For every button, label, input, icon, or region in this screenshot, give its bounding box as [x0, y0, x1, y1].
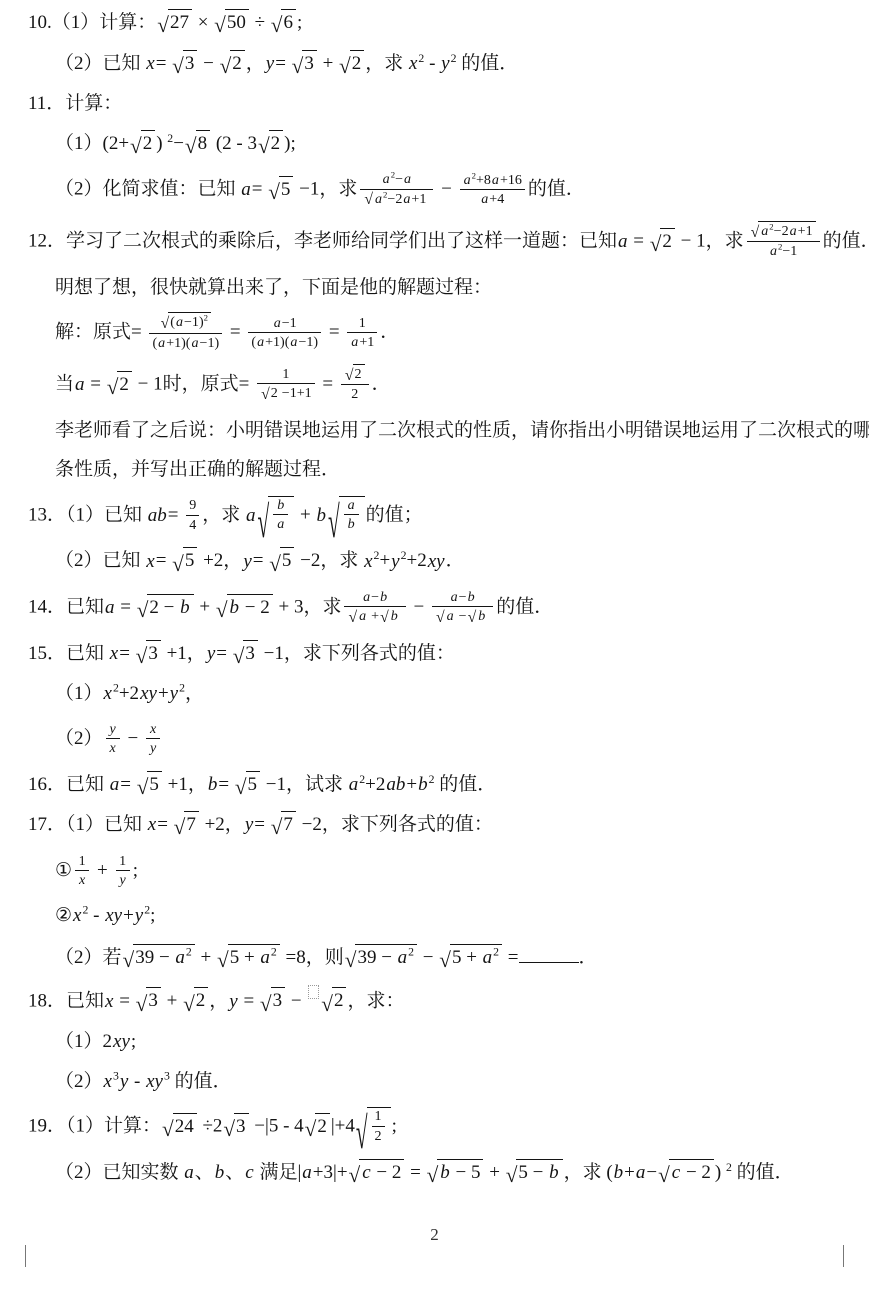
math-variable: b	[477, 608, 486, 624]
problem-11-part-1: （1）(2+√2) 2−√8 (2 - 3√2);	[28, 131, 843, 159]
sqrt-radical: √7	[271, 811, 296, 839]
math-variable: ab	[147, 505, 168, 526]
math-variable: b	[179, 597, 191, 618]
radicand: 2	[230, 50, 245, 78]
sqrt-radical: √5	[269, 547, 294, 575]
radicand: 3	[146, 640, 161, 668]
fraction-numerator: √(a−1)2	[149, 313, 222, 332]
math-superscript: 2	[167, 132, 173, 145]
math-variable: xy	[139, 683, 158, 704]
radicand: 3	[271, 987, 286, 1015]
problem-19-part-2: （2）已知实数 a、b、c 满足|a+3|+√c − 2 = √b − 5 + …	[28, 1160, 843, 1188]
radicand: 24	[173, 1113, 197, 1141]
math-superscript: 2	[82, 904, 88, 917]
math-variable: a	[74, 374, 86, 395]
sqrt-radical: √2	[183, 987, 208, 1015]
fraction-denominator: a+1	[347, 332, 377, 351]
math-variable: x	[104, 991, 114, 1012]
sqrt-radical: √39 − a2	[123, 944, 195, 972]
math-variable: x	[149, 721, 157, 737]
document-body: 10.（1）计算：√27 × √50 ÷ √6;（2）已知 x= √3 − √2…	[0, 0, 869, 1187]
math-superscript: 2	[408, 945, 414, 958]
radicand: 27	[168, 9, 192, 37]
math-superscript: 2	[418, 51, 424, 64]
sqrt-radical: √2	[258, 130, 283, 158]
radicand: 2	[332, 987, 347, 1015]
math-variable: a	[183, 1162, 195, 1183]
math-variable: y	[244, 814, 254, 835]
math-variable: b	[439, 1162, 451, 1183]
radical-sign-icon: √	[258, 465, 270, 546]
math-variable: a	[157, 335, 166, 351]
math-variable: a	[358, 608, 367, 624]
radicand: 5	[246, 771, 261, 799]
sqrt-radical: √b − 2	[216, 594, 273, 622]
sqrt-radical: √2	[339, 50, 364, 78]
radicand: 3	[234, 1113, 249, 1141]
sqrt-radical: √(a−1)2	[161, 312, 211, 331]
fraction-denominator: √2−1+1	[257, 383, 315, 403]
math-variable: b	[229, 597, 241, 618]
fraction: a2+8a+16a+4	[460, 171, 525, 209]
math-variable: b	[417, 774, 429, 795]
math-superscript: 2	[359, 772, 365, 785]
math-variable: c	[671, 1162, 681, 1183]
sqrt-radical: √2	[321, 987, 346, 1015]
math-superscript: 2	[179, 682, 185, 695]
fraction-numerator: a−b	[344, 588, 405, 606]
radicand: a	[444, 606, 458, 625]
fraction-numerator: 9	[186, 496, 199, 514]
problem-17-part-1: 17．（1）已知 x= √7 +2，y= √7 −2，求下列各式的值：	[28, 812, 843, 840]
math-variable: x	[147, 814, 157, 835]
math-variable: a	[245, 505, 257, 526]
sqrt-radical: √2	[305, 1113, 330, 1141]
fraction-numerator: a−b	[432, 588, 493, 606]
radicand: 5	[147, 771, 162, 799]
math-variable: x	[145, 53, 155, 74]
problem-19-part-1: 19．（1）计算：√24 ÷2√3 −|5 - 4√2|+4√12;	[28, 1108, 843, 1147]
math-variable: x	[408, 53, 418, 74]
math-variable: y	[228, 991, 238, 1012]
math-variable: x	[145, 551, 155, 572]
math-variable: a	[769, 243, 778, 259]
math-variable: a	[174, 947, 186, 968]
math-variable: x	[103, 1071, 113, 1092]
fraction-denominator: √a−√b	[432, 606, 493, 626]
sqrt-radical: √b − 5	[427, 1159, 484, 1187]
math-variable: xy	[112, 1031, 131, 1052]
math-variable: x	[103, 683, 113, 704]
problem-18-part-2: （2）x3y - xy3 的值．	[28, 1069, 843, 1096]
radicand: 2	[315, 1113, 330, 1141]
radicand: c − 2	[669, 1159, 714, 1187]
math-superscript: 2	[271, 945, 277, 958]
problem-12-line-6: 条性质，并写出正确的解题过程．	[28, 457, 843, 484]
fraction: 1x	[75, 852, 89, 890]
sqrt-radical: √5	[235, 771, 260, 799]
math-variable: b	[214, 1162, 226, 1183]
sqrt-radical: √a2−2a+1	[364, 189, 429, 208]
math-variable: b	[315, 505, 327, 526]
sqrt-radical: √3	[223, 1113, 248, 1141]
math-variable: y	[149, 740, 157, 756]
math-variable: a	[482, 947, 494, 968]
fraction: a−b√a+√b	[344, 588, 405, 627]
radicand: 3	[243, 640, 258, 668]
math-variable: y	[134, 905, 144, 926]
problem-18-title: 18．已知x = √3 + √2，y = √3 − √2，求：	[28, 985, 843, 1016]
sqrt-radical: √a	[348, 606, 370, 625]
math-variable: y	[206, 643, 216, 664]
radicand: (a−1)2	[168, 312, 211, 331]
sqrt-radical: √3	[172, 50, 197, 78]
sqrt-radical: √24	[162, 1113, 197, 1141]
fraction-numerator: √2	[341, 365, 369, 384]
math-variable: a	[397, 947, 409, 968]
math-superscript: 2	[383, 189, 387, 199]
fraction-numerator: y	[106, 720, 120, 738]
math-variable: a	[760, 223, 769, 239]
sqrt-radical: √50	[214, 9, 249, 37]
missing-glyph-box	[308, 985, 319, 999]
fraction-denominator: √a2−2a+1	[360, 189, 433, 209]
math-variable: b	[347, 516, 356, 532]
sqrt-radical: √b	[468, 606, 490, 625]
math-variable: x	[109, 643, 119, 664]
radicand: 5	[279, 176, 294, 204]
math-superscript: 2	[113, 682, 119, 695]
fraction-numerator: x	[146, 720, 160, 738]
math-variable: y	[242, 551, 252, 572]
fraction-numerator: a−1	[248, 314, 321, 332]
fraction-numerator: √a2−2a+1	[747, 222, 820, 241]
radicand: 2	[660, 228, 675, 256]
fraction: 1y	[116, 852, 130, 890]
problem-13-part-1: 13．（1）已知 ab= 94，求 a√ba + b√ab的值；	[28, 497, 843, 536]
math-variable: b	[613, 1162, 625, 1183]
radicand: 12	[367, 1107, 391, 1146]
fraction: 1√2−1+1	[257, 365, 315, 404]
math-variable: a	[191, 335, 200, 351]
problem-15-part-2: （2）yx − xy	[28, 721, 843, 759]
sqrt-radical: √ba	[258, 496, 295, 535]
radicand: 5 − b	[516, 1159, 562, 1187]
radicand: 5 + a2	[228, 944, 280, 972]
radicand: 39 − a2	[133, 944, 195, 972]
sqrt-radical: √5	[137, 771, 162, 799]
radicand: a2−2a+1	[372, 189, 429, 208]
fraction-denominator: x	[75, 870, 89, 889]
fraction: ab	[344, 496, 359, 534]
math-variable: a	[463, 172, 472, 188]
sqrt-radical: √ab	[328, 496, 365, 535]
sqrt-radical: √2	[650, 228, 675, 256]
fraction-numerator: a	[344, 496, 359, 514]
problem-12-line-1: 12．学习了二次根式的乘除后，李老师给同学们出了这样一道题：已知a = √2 −…	[28, 223, 843, 262]
math-variable: b	[276, 497, 285, 513]
math-superscript: 2	[204, 313, 208, 323]
fraction: √(a−1)2(a+1)(a−1)	[149, 313, 222, 352]
math-superscript: 2	[451, 51, 457, 64]
fraction: √22	[341, 365, 369, 404]
radicand: 2	[353, 364, 365, 383]
fraction-numerator: 1	[372, 1107, 385, 1125]
radicand: b − 2	[227, 594, 273, 622]
fraction-numerator: b	[273, 496, 288, 514]
sqrt-radical: √2	[130, 130, 155, 158]
math-variable: a	[382, 171, 391, 187]
fraction-numerator: 1	[257, 365, 315, 383]
math-superscript: 2	[401, 549, 407, 562]
problem-17-item-2: ②x2 - xy+y2;	[28, 903, 843, 930]
math-variable: xy	[104, 905, 123, 926]
fraction-denominator: 4	[186, 515, 199, 534]
fraction: xy	[146, 720, 160, 758]
fraction-numerator: a2−a	[360, 170, 433, 188]
sqrt-radical: √c − 2	[349, 1159, 405, 1187]
math-variable: c	[244, 1162, 254, 1183]
fraction-denominator: x	[106, 738, 120, 757]
math-superscript: 2	[769, 222, 773, 232]
math-superscript: 2	[186, 945, 192, 958]
radicand: ab	[339, 496, 365, 535]
fraction-denominator: (a+1)(a−1)	[248, 332, 321, 351]
sqrt-radical: √a2−2a+1	[751, 221, 816, 240]
fraction-numerator: 1	[347, 314, 377, 332]
math-variable: a	[301, 1162, 313, 1183]
sqrt-radical: √5	[268, 176, 293, 204]
math-variable: a	[240, 179, 252, 200]
math-superscript: 2	[726, 1161, 732, 1174]
sqrt-radical: √3	[233, 640, 258, 668]
math-variable: a	[450, 589, 459, 605]
radicand: b − 5	[437, 1159, 483, 1187]
math-variable: x	[72, 905, 82, 926]
sqrt-radical: √6	[271, 9, 296, 37]
math-variable: c	[361, 1162, 371, 1183]
math-variable: a	[446, 608, 455, 624]
math-variable: a	[175, 314, 184, 330]
radicand: 6	[281, 9, 296, 37]
radicand: 2	[269, 383, 281, 402]
math-superscript: 3	[113, 1069, 119, 1082]
sqrt-radical: √12	[356, 1107, 391, 1146]
math-variable: xy	[145, 1071, 164, 1092]
problem-18-part-1: （1）2xy;	[28, 1029, 843, 1056]
math-variable: y	[119, 1071, 129, 1092]
math-superscript: 2	[472, 170, 476, 180]
margin-mark-left	[25, 1245, 26, 1267]
fraction-denominator: (a+1)(a−1)	[149, 333, 222, 352]
math-variable: a	[256, 334, 265, 350]
math-variable: a	[104, 597, 116, 618]
math-variable: xy	[427, 551, 446, 572]
math-variable: a	[109, 774, 121, 795]
fraction: a−1(a+1)(a−1)	[248, 314, 321, 352]
radicand: 2	[269, 130, 284, 158]
radical-sign-icon: √	[328, 465, 340, 546]
radicand: a2−2a+1	[758, 221, 815, 240]
math-variable: ab	[385, 774, 406, 795]
sqrt-radical: √39 − a2	[345, 944, 417, 972]
radicand: 5	[183, 547, 198, 575]
sqrt-radical: √5	[172, 547, 197, 575]
radicand: 5 + a2	[450, 944, 502, 972]
problem-11-title: 11．计算：	[28, 91, 843, 118]
radicand: b	[388, 606, 402, 625]
sqrt-radical: √2	[220, 50, 245, 78]
sqrt-radical: √8	[185, 130, 210, 158]
problem-12-solution-1: 解：原式= √(a−1)2(a+1)(a−1) = a−1(a+1)(a−1) …	[28, 314, 843, 353]
problem-12-line-5: 李老师看了之后说：小明错误地运用了二次根式的性质，请你指出小明错误地运用了二次根…	[28, 418, 843, 445]
radicand: 7	[184, 811, 199, 839]
sqrt-radical: √2	[261, 383, 281, 402]
radicand: a	[356, 606, 370, 625]
sqrt-radical: √3	[260, 987, 285, 1015]
problem-16: 16．已知 a= √5 +1，b= √5 −1，试求 a2+2ab+b2 的值．	[28, 772, 843, 800]
problem-11-part-2: （2）化简求值：已知 a= √5 −1，求a2−a√a2−2a+1 − a2+8…	[28, 171, 843, 210]
math-superscript: 2	[391, 170, 395, 180]
math-variable: a	[403, 171, 412, 187]
fraction-denominator: 2	[341, 384, 369, 403]
math-superscript: 2	[778, 242, 782, 252]
math-variable: a	[491, 172, 500, 188]
radicand: 3	[183, 50, 198, 78]
fraction-denominator: 2	[372, 1126, 385, 1145]
math-variable: a	[350, 334, 359, 350]
sqrt-radical: √3	[292, 50, 317, 78]
math-variable: y	[440, 53, 450, 74]
fraction: 12	[372, 1107, 385, 1145]
problem-17-item-1: ①1x + 1y;	[28, 853, 843, 891]
radicand: 2	[350, 50, 365, 78]
fraction: ba	[273, 496, 288, 534]
radicand: 3	[302, 50, 317, 78]
sqrt-radical: √3	[136, 640, 161, 668]
radicand: 2	[141, 130, 156, 158]
sqrt-radical: √2	[345, 364, 365, 383]
problem-12-line-2: 明想了想，很快就算出来了，下面是他的解题过程：	[28, 275, 843, 302]
worksheet-page: 10.（1）计算：√27 × √50 ÷ √6;（2）已知 x= √3 − √2…	[0, 0, 869, 1293]
math-variable: a	[402, 191, 411, 207]
problem-12-solution-2: 当a = √2 − 1时，原式= 1√2−1+1 = √22．	[28, 366, 843, 405]
sqrt-radical: √a	[436, 606, 458, 625]
radicand: 7	[281, 811, 296, 839]
math-variable: b	[379, 589, 388, 605]
radicand: b	[475, 606, 489, 625]
fraction-denominator: a+4	[460, 189, 525, 208]
radicand: c − 2	[359, 1159, 404, 1187]
math-variable: a	[789, 223, 798, 239]
radicand: 8	[196, 130, 211, 158]
math-variable: a	[273, 315, 282, 331]
radicand: 2 − b	[147, 594, 193, 622]
problem-15-title: 15．已知 x= √3 +1，y= √3 −1，求下列各式的值：	[28, 641, 843, 669]
radicand: ba	[268, 496, 294, 535]
math-variable: a	[362, 589, 371, 605]
radicand: 50	[225, 9, 249, 37]
margin-mark-right	[843, 1245, 844, 1267]
math-variable: a	[374, 191, 383, 207]
fraction-denominator: √a+√b	[344, 606, 405, 626]
math-variable: y	[169, 683, 179, 704]
problem-10-part-1: 10.（1）计算：√27 × √50 ÷ √6;	[28, 10, 843, 38]
math-variable: b	[548, 1162, 560, 1183]
fraction-denominator: b	[344, 514, 359, 533]
fraction: a2−a√a2−2a+1	[360, 170, 433, 209]
fraction-denominator: y	[116, 870, 130, 889]
math-variable: y	[119, 872, 127, 888]
radicand: 5	[280, 547, 295, 575]
fraction-numerator: a2+8a+16	[460, 171, 525, 189]
math-variable: a	[276, 516, 285, 532]
sqrt-radical: √3	[136, 987, 161, 1015]
sqrt-radical: √5 + a2	[217, 944, 280, 972]
radical-sign-icon: √	[356, 1077, 368, 1158]
fraction: 94	[186, 496, 199, 534]
problem-14: 14．已知a = √2 − b + √b − 2 + 3，求a−b√a+√b −…	[28, 589, 843, 628]
problem-13-part-2: （2）已知 x= √5 +2，y= √5 −2，求 x2+y2+2xy．	[28, 548, 843, 576]
fraction-denominator: y	[146, 738, 160, 757]
math-superscript: 3	[164, 1069, 170, 1082]
math-variable: b	[390, 608, 399, 624]
math-variable: y	[265, 53, 275, 74]
math-superscript: 2	[374, 549, 380, 562]
fraction: yx	[106, 720, 120, 758]
math-variable: a	[289, 334, 298, 350]
problem-17-part-2: （2）若√39 − a2 + √5 + a2 =8，则√39 − a2 − √5…	[28, 943, 843, 972]
math-variable: y	[390, 551, 400, 572]
answer-blank	[519, 943, 579, 963]
fraction-numerator: 1	[75, 852, 89, 870]
problem-10-part-2: （2）已知 x= √3 − √2，y= √3 + √2，求 x2 - y2 的值…	[28, 51, 843, 79]
math-variable: y	[109, 721, 117, 737]
math-variable: a	[635, 1162, 647, 1183]
sqrt-radical: √2	[107, 371, 132, 399]
problem-15-part-1: （1）x2+2xy+y2，	[28, 681, 843, 708]
math-variable: a	[259, 947, 271, 968]
fraction: 1a+1	[347, 314, 377, 352]
math-variable: a	[480, 191, 489, 207]
sqrt-radical: √7	[174, 811, 199, 839]
fraction-numerator: 1	[116, 852, 130, 870]
math-variable: b	[207, 774, 219, 795]
radicand: 2	[194, 987, 209, 1015]
math-superscript: 2	[493, 945, 499, 958]
math-variable: x	[363, 551, 373, 572]
fraction-denominator: a	[273, 514, 288, 533]
fraction: √a2−2a+1a2−1	[747, 222, 820, 261]
sqrt-radical: √5 − b	[506, 1159, 563, 1187]
sqrt-radical: √2 − b	[137, 594, 194, 622]
math-superscript: 2	[429, 772, 435, 785]
math-variable: b	[467, 589, 476, 605]
sqrt-radical: √27	[157, 9, 192, 37]
fraction-denominator: a2−1	[747, 241, 820, 260]
fraction: a−b√a−√b	[432, 588, 493, 627]
sqrt-radical: √c − 2	[658, 1159, 714, 1187]
radicand: 39 − a2	[355, 944, 417, 972]
radicand: 2	[117, 371, 132, 399]
math-variable: x	[109, 740, 117, 756]
radicand: 3	[146, 987, 161, 1015]
math-variable: x	[78, 872, 86, 888]
page-number: 2	[0, 1225, 869, 1245]
math-variable: a	[348, 774, 360, 795]
sqrt-radical: √5 + a2	[439, 944, 502, 972]
math-superscript: 2	[144, 904, 150, 917]
